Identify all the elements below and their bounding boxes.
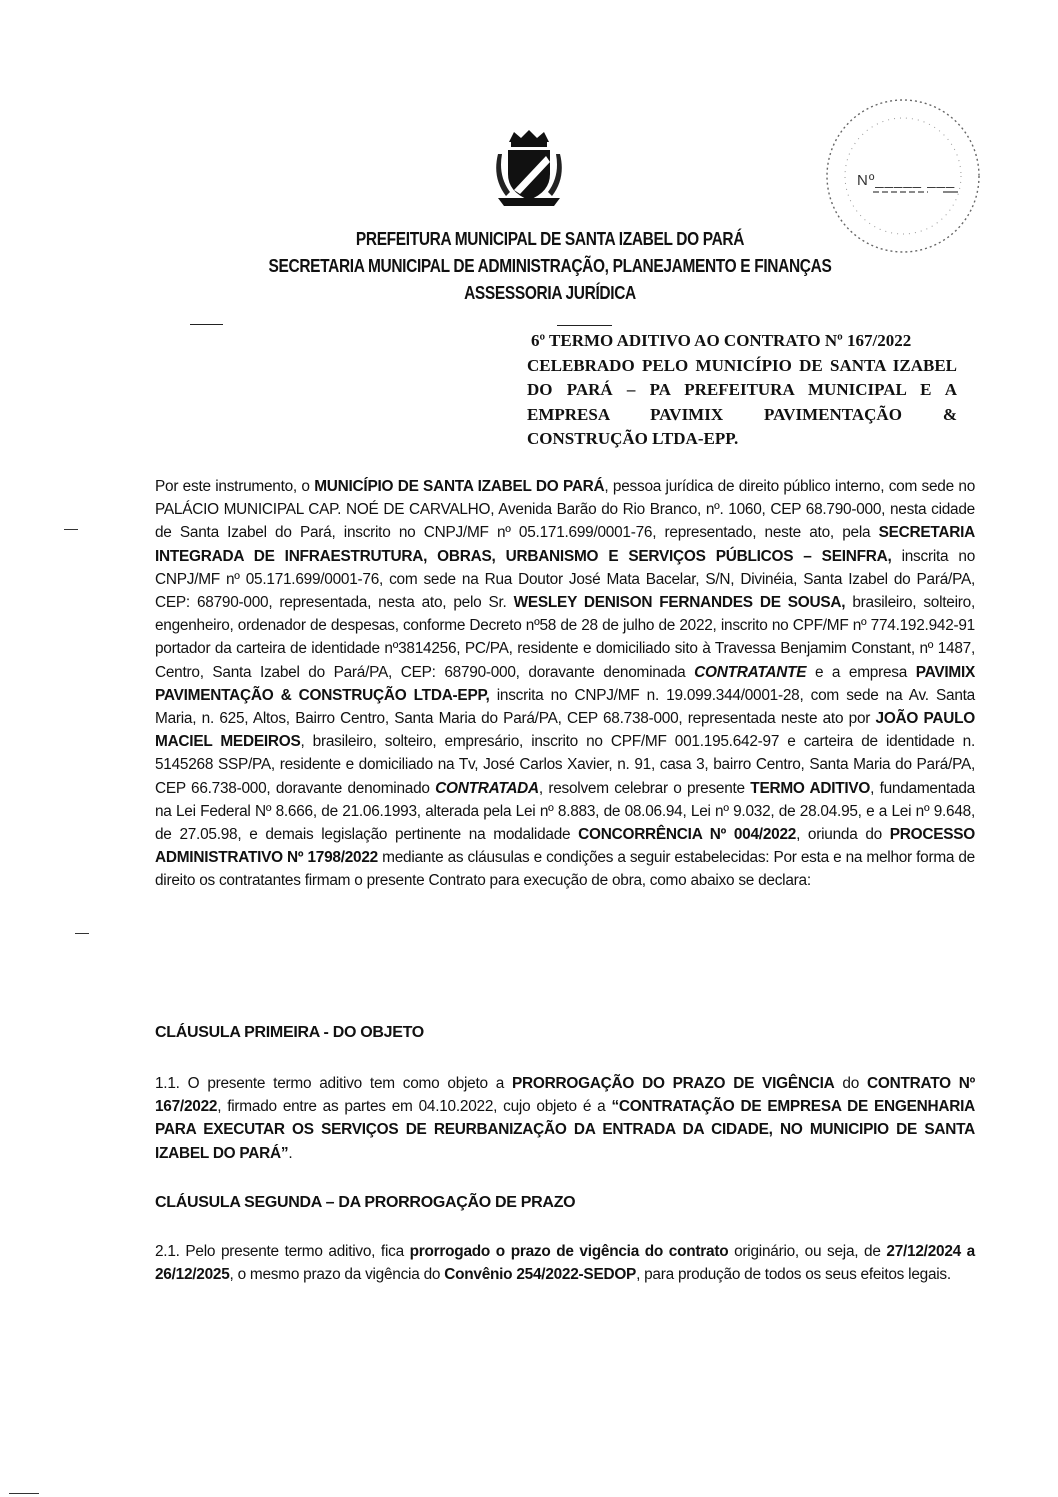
text-segment: PRORROGAÇÃO DO PRAZO DE VIGÊNCIA	[512, 1075, 834, 1092]
clause-1-paragraph: 1.1. O presente termo aditivo tem como o…	[155, 1072, 975, 1165]
margin-mark	[9, 1493, 39, 1494]
document-page: Nº_____ ___ PREFEITURA MUNICIPAL DE SANT…	[0, 0, 1058, 1497]
title-line: DO PARÁ – PA PREFEITURA MUNICIPAL E A	[527, 378, 957, 403]
header-department: ASSESSORIA JURÍDICA	[206, 280, 894, 307]
title-line: CELEBRADO PELO MUNICÍPIO DE SANTA IZABEL	[527, 354, 957, 379]
text-segment: Convênio 254/2022-SEDOP	[444, 1266, 636, 1283]
clause-2-text: 2.1. Pelo presente termo aditivo, fica p…	[155, 1240, 975, 1286]
margin-dash	[190, 324, 223, 325]
text-segment: originário, ou seja, de	[728, 1243, 886, 1260]
contract-title: 6º TERMO ADITIVO AO CONTRATO Nº 167/2022…	[527, 329, 957, 452]
stamp-number-label: Nº_____ ___	[857, 172, 955, 189]
text-segment: 1.1. O presente termo aditivo tem como o…	[155, 1075, 512, 1092]
title-line: EMPRESA PAVIMIX PAVIMENTAÇÃO &	[527, 403, 957, 428]
text-segment: , firmado entre as partes em 04.10.2022,…	[217, 1098, 611, 1115]
text-segment: MUNICÍPIO DE SANTA IZABEL DO PARÁ	[314, 478, 604, 495]
text-segment: prorrogado o prazo de vigência do contra…	[410, 1243, 729, 1260]
clause-2-title: CLÁUSULA SEGUNDA – DA PRORROGAÇÃO DE PRA…	[155, 1194, 575, 1212]
header-municipality: PREFEITURA MUNICIPAL DE SANTA IZABEL DO …	[206, 226, 894, 253]
text-segment: CONCORRÊNCIA Nº 004/2022	[578, 826, 796, 843]
coat-of-arms-icon	[494, 128, 564, 208]
text-segment: CONTRATANTE	[694, 664, 806, 681]
text-segment: TERMO ADITIVO	[750, 780, 870, 797]
text-segment: , resolvem celebrar o presente	[539, 780, 750, 797]
margin-mark	[64, 529, 78, 530]
title-overline	[557, 325, 612, 326]
title-line: CONSTRUÇÃO LTDA-EPP.	[527, 427, 957, 452]
margin-mark	[75, 933, 89, 934]
clause-1-text: 1.1. O presente termo aditivo tem como o…	[155, 1072, 975, 1165]
text-segment: .	[288, 1145, 292, 1162]
preamble-text: Por este instrumento, o MUNICÍPIO DE SAN…	[155, 475, 975, 893]
text-segment: CONTRATADA	[435, 780, 539, 797]
text-segment: 2.1. Pelo presente termo aditivo, fica	[155, 1243, 410, 1260]
text-segment: e a empresa	[806, 664, 915, 681]
text-segment: WESLEY DENISON FERNANDES DE SOUSA,	[514, 594, 846, 611]
text-segment: Por este instrumento, o	[155, 478, 314, 495]
preamble-paragraph: Por este instrumento, o MUNICÍPIO DE SAN…	[155, 475, 975, 893]
header-secretariat: SECRETARIA MUNICIPAL DE ADMINISTRAÇÃO, P…	[206, 253, 894, 280]
document-header: PREFEITURA MUNICIPAL DE SANTA IZABEL DO …	[150, 226, 950, 307]
text-segment: , para produção de todos os seus efeitos…	[636, 1266, 951, 1283]
text-segment: do	[834, 1075, 867, 1092]
text-segment: , oriunda do	[796, 826, 890, 843]
title-line: 6º TERMO ADITIVO AO CONTRATO Nº 167/2022	[527, 329, 957, 354]
text-segment: , o mesmo prazo da vigência do	[230, 1266, 445, 1283]
clause-2-paragraph: 2.1. Pelo presente termo aditivo, fica p…	[155, 1240, 975, 1286]
clause-1-title: CLÁUSULA PRIMEIRA - DO OBJETO	[155, 1024, 424, 1042]
